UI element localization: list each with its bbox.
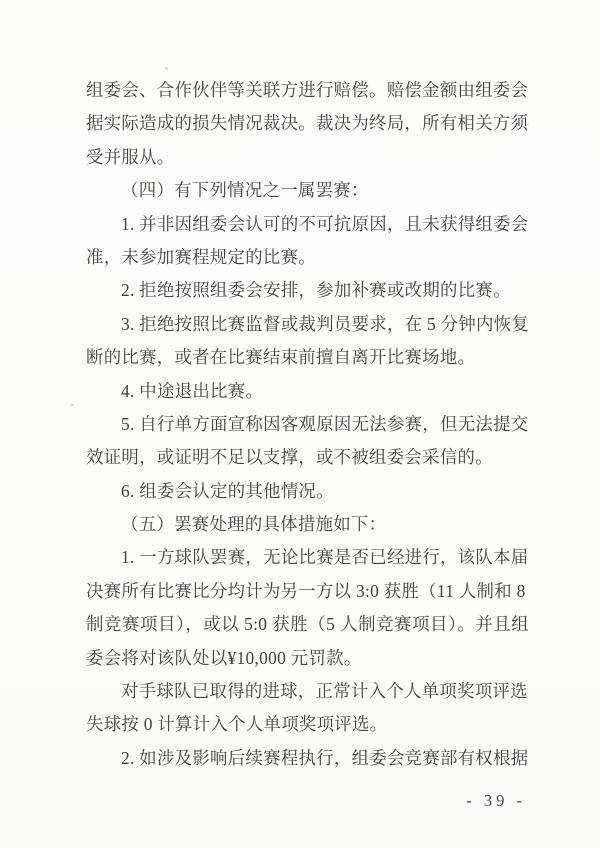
text-line: 2. 如涉及影响后续赛程执行，组委会竞赛部有权根据实 <box>86 742 529 775</box>
text-line: 受并服从。 <box>86 141 529 174</box>
text-line: 5. 自行单方面宣称因客观原因无法参赛，但无法提交有 <box>86 408 529 441</box>
text-line: （四）有下列情况之一属罢赛： <box>86 174 529 207</box>
text-line: 制竞赛项目），或以 5:0 获胜（5 人制竞赛项目）。并且组 <box>86 608 529 641</box>
text-line: 1. 并非因组委会认可的不可抗原因，且未获得组委会批 <box>86 208 529 241</box>
document-page: 组委会、合作伙伴等关联方进行赔偿。赔偿金额由组委会根 据实际造成的损失情况裁决。… <box>0 0 600 848</box>
text-line: 3. 拒绝按照比赛监督或裁判员要求，在 5 分钟内恢复中 <box>86 308 529 341</box>
body-text: 组委会、合作伙伴等关联方进行赔偿。赔偿金额由组委会根 据实际造成的损失情况裁决。… <box>86 74 529 775</box>
text-line: 组委会、合作伙伴等关联方进行赔偿。赔偿金额由组委会根 <box>86 74 529 107</box>
scan-speck <box>165 67 168 70</box>
text-line: 6. 组委会认定的其他情况。 <box>86 475 529 508</box>
text-line: （五）罢赛处理的具体措施如下： <box>86 508 529 541</box>
text-line: 对手球队已取得的进球，正常计入个人单项奖项评选， <box>86 675 529 708</box>
text-line: 失球按 0 计算计入个人单项奖项评选。 <box>86 708 529 741</box>
text-line: 决赛所有比赛比分均计为另一方以 3:0 获胜（11 人制和 8 人 <box>86 575 529 608</box>
text-line: 1. 一方球队罢赛，无论比赛是否已经进行，该队本届总 <box>86 541 529 574</box>
text-line: 4. 中途退出比赛。 <box>86 375 529 408</box>
text-line: 委会将对该队处以¥10,000 元罚款。 <box>86 642 529 675</box>
text-line: 效证明，或证明不足以支撑，或不被组委会采信的。 <box>86 441 529 474</box>
text-line: 据实际造成的损失情况裁决。裁决为终局，所有相关方须接 <box>86 107 529 140</box>
scan-speck <box>71 404 74 406</box>
text-line: 准，未参加赛程规定的比赛。 <box>86 241 529 274</box>
text-line: 2. 拒绝按照组委会安排，参加补赛或改期的比赛。 <box>86 274 529 307</box>
text-line: 断的比赛，或者在比赛结束前擅自离开比赛场地。 <box>86 341 529 374</box>
page-number: - 39 - <box>466 791 526 811</box>
